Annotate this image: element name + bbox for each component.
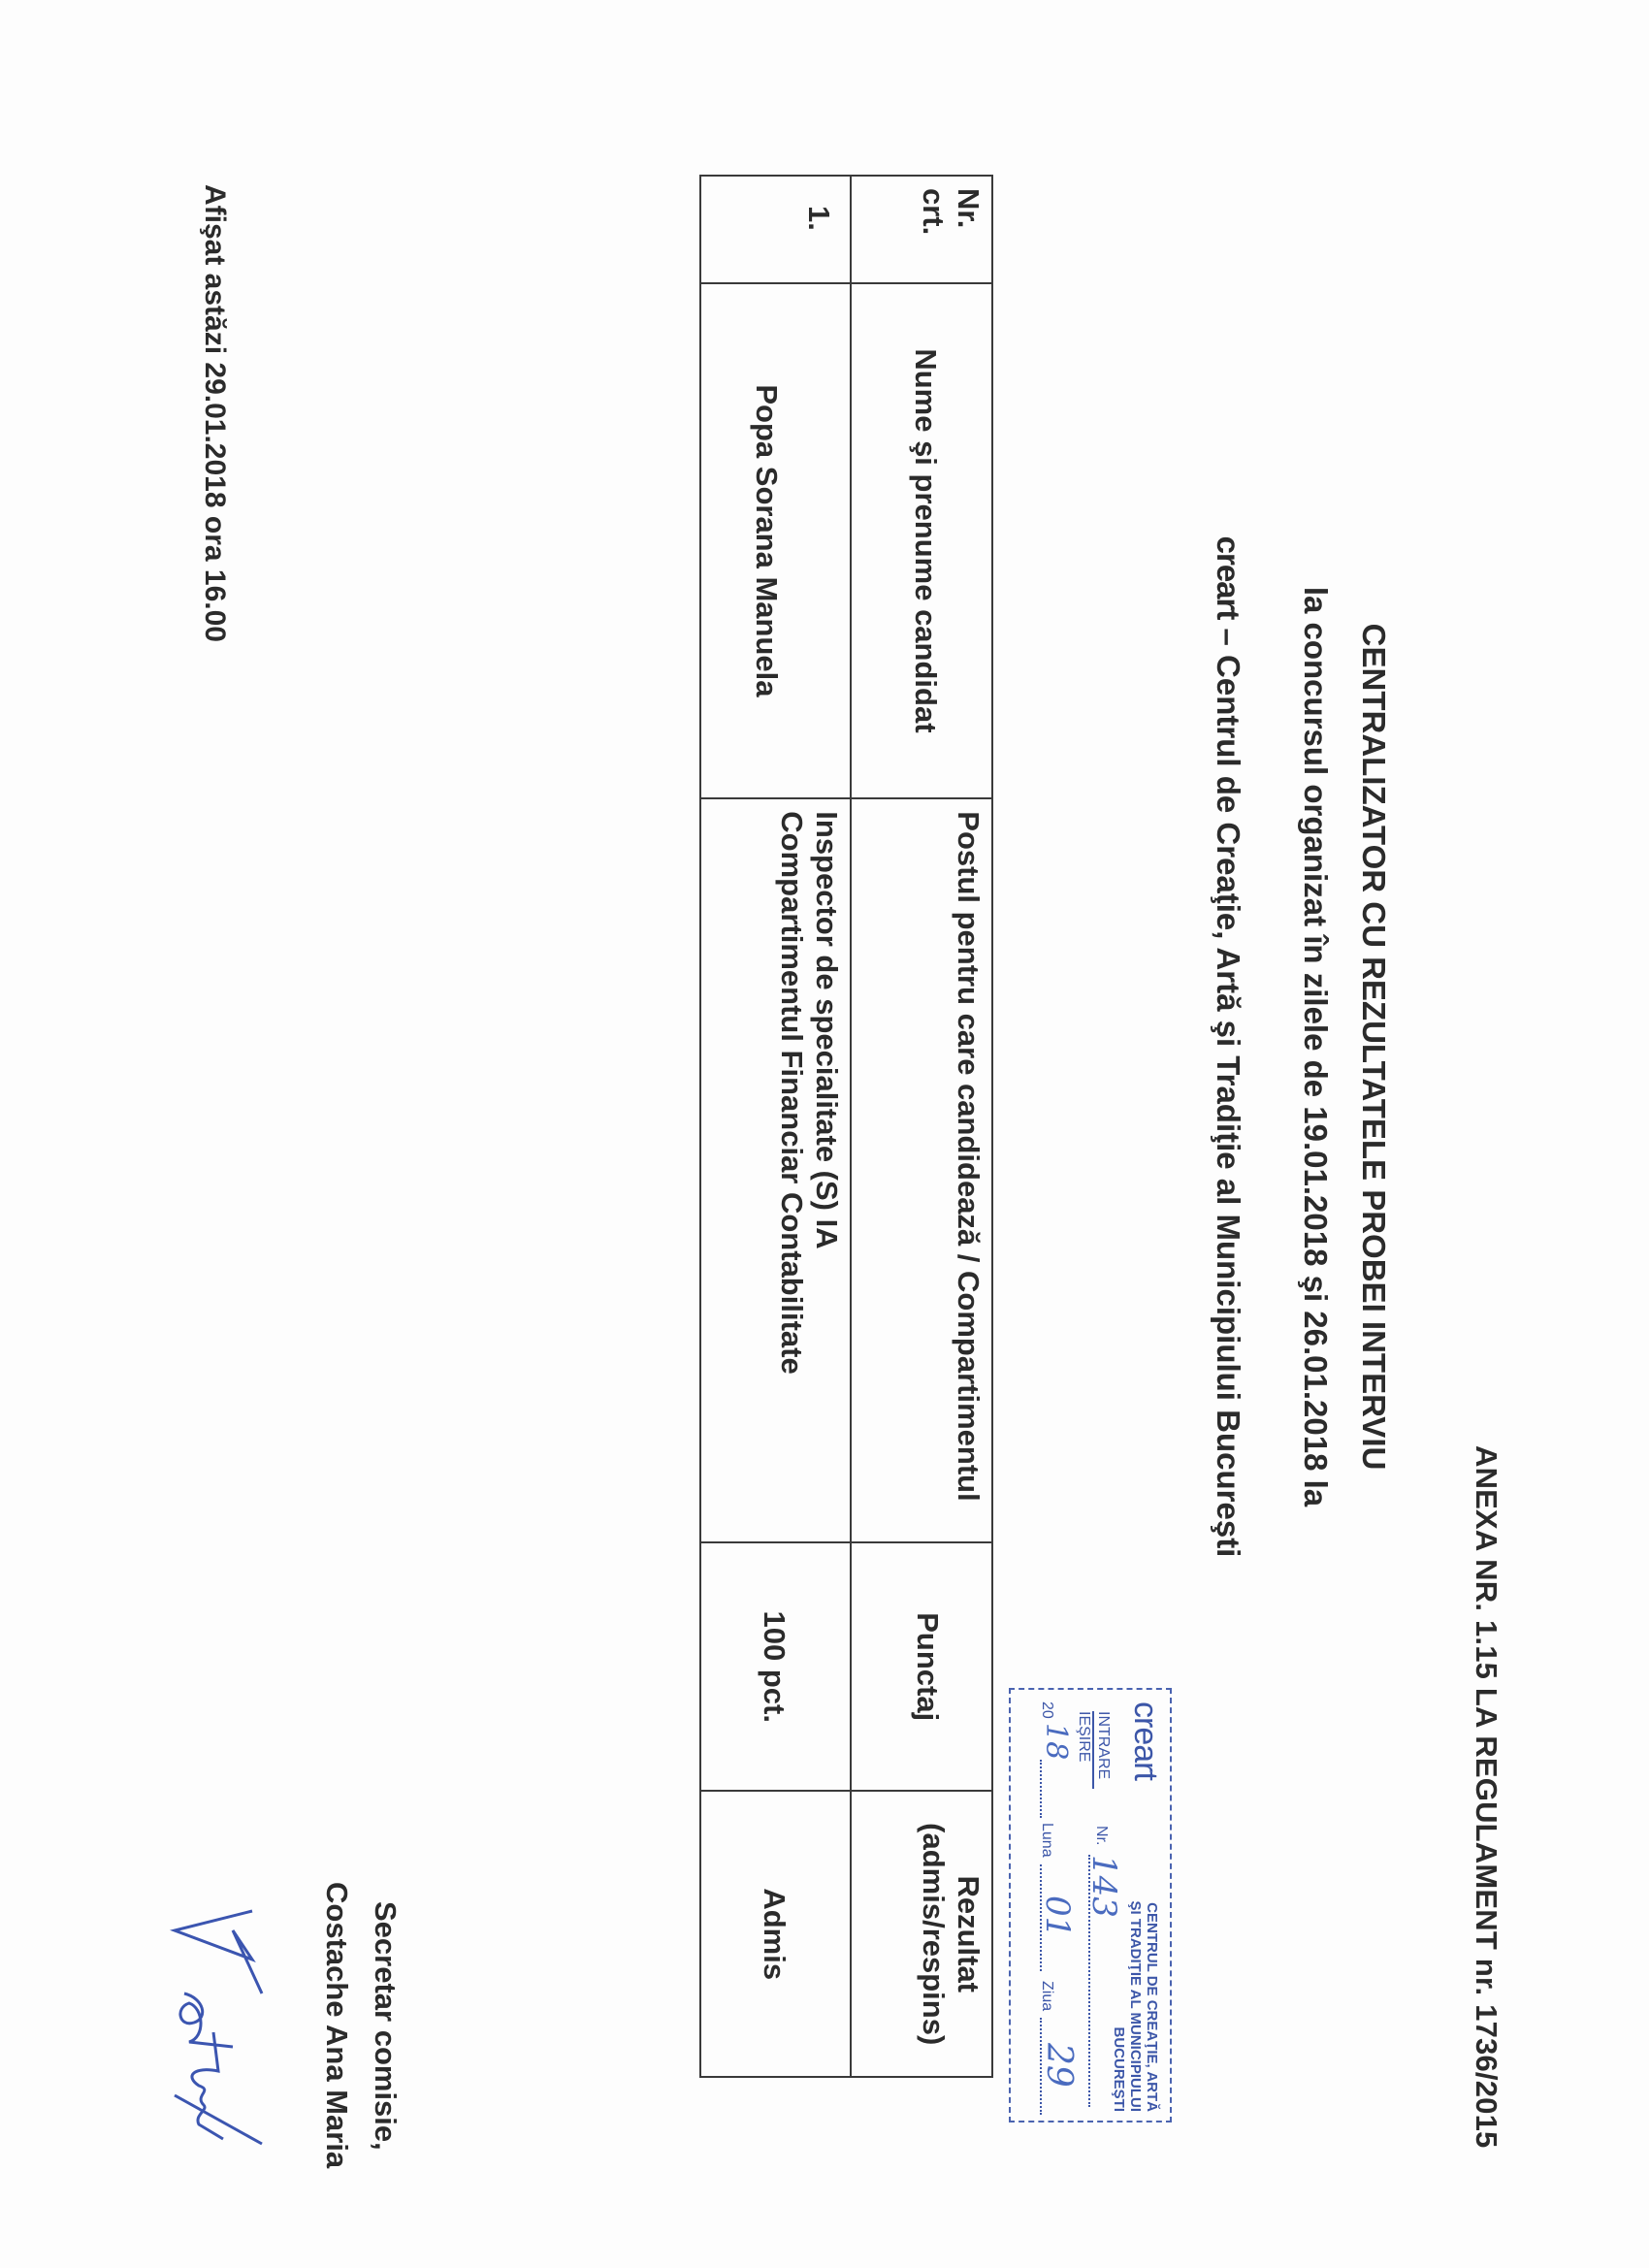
stamp-number: Nr. 143 [1092, 1826, 1110, 2107]
header-candidate-name: Nume şi prenume candidat [851, 283, 992, 799]
creart-logo-text: creart [1211, 536, 1246, 620]
table-header-row: Nr. crt. Nume şi prenume candidat Postul… [851, 176, 992, 2077]
posting-notice: Afişat astăzi 29.01.2018 ora 16.00 [198, 184, 231, 642]
stamp-year-prefix: 20 [1039, 1701, 1055, 1719]
cell-score: 100 pct. [700, 1542, 851, 1791]
position-department: Compartimentul Financiar Contabilitate [774, 811, 809, 1530]
document-subtitle: la concursul organizat în zilele de 19.0… [1297, 0, 1334, 2181]
signature-icon [155, 1901, 291, 2154]
cell-position: Inspector de specialitate (S) IA Compart… [700, 798, 851, 1542]
document-title: CENTRALIZATOR CU REZULTATELE PROBEI INTE… [1355, 0, 1392, 2181]
institution-line: creart – Centrul de Creaţie, Artă şi Tra… [1210, 0, 1246, 2181]
secretary-label: Secretar comisie, [368, 1901, 403, 2151]
annex-reference: ANEXA NR. 1.15 LA REGULAMENT nr. 1736/20… [1469, 1445, 1503, 2183]
stamp-direction: INTRARE IEŞIRE [1075, 1711, 1112, 1789]
header-nr-crt: Nr. crt. [851, 176, 992, 283]
header-result: Rezultat (admis/respins) [851, 1791, 992, 2077]
stamp-intrare: INTRARE [1094, 1711, 1112, 1789]
registration-stamp: creart CENTRUL DE CREAŢIE, ARTĂ ŞI TRADI… [1009, 1688, 1172, 2122]
cell-result: Admis [700, 1791, 851, 2077]
secretary-name: Costache Ana Maria [319, 1882, 354, 2168]
document-page: ANEXA NR. 1.15 LA REGULAMENT nr. 1736/20… [0, 0, 1649, 2268]
cell-candidate-name: Popa Sorana Manuela [700, 283, 851, 799]
header-position: Postul pentru care candidează / Comparti… [851, 798, 992, 1542]
cell-nr: 1. [700, 176, 851, 283]
stamp-ziua-label: Ziua [1038, 1981, 1055, 2011]
stamp-org-line: CENTRUL DE CREAŢIE, ARTĂ [1144, 1826, 1160, 2112]
stamp-logo: creart [1126, 1701, 1164, 1780]
stamp-year-value: 18 [1039, 1723, 1073, 1760]
header-score: Punctaj [851, 1542, 992, 1791]
stamp-nr-value: 143 [1084, 1855, 1123, 1918]
position-title: Inspector de specialitate (S) IA [809, 811, 844, 1530]
stamp-luna-value: 01 [1038, 1895, 1077, 1937]
stamp-luna-label: Luna [1038, 1823, 1055, 1858]
stamp-iesire: IEŞIRE [1075, 1711, 1092, 1789]
stamp-nr-label: Nr. [1093, 1826, 1110, 1845]
results-table: Nr. crt. Nume şi prenume candidat Postul… [699, 175, 993, 2078]
institution-name: – Centrul de Creaţie, Artă şi Tradiţie a… [1211, 619, 1246, 1557]
stamp-date: 20 18 Luna 01 Ziua 29 [1038, 1701, 1055, 2119]
stamp-ziua-value: 29 [1039, 2043, 1079, 2088]
stamp-org-line: ŞI TRADIŢIE AL MUNICIPIULUI [1127, 1826, 1144, 2112]
table-row: 1. Popa Sorana Manuela Inspector de spec… [700, 176, 851, 2077]
